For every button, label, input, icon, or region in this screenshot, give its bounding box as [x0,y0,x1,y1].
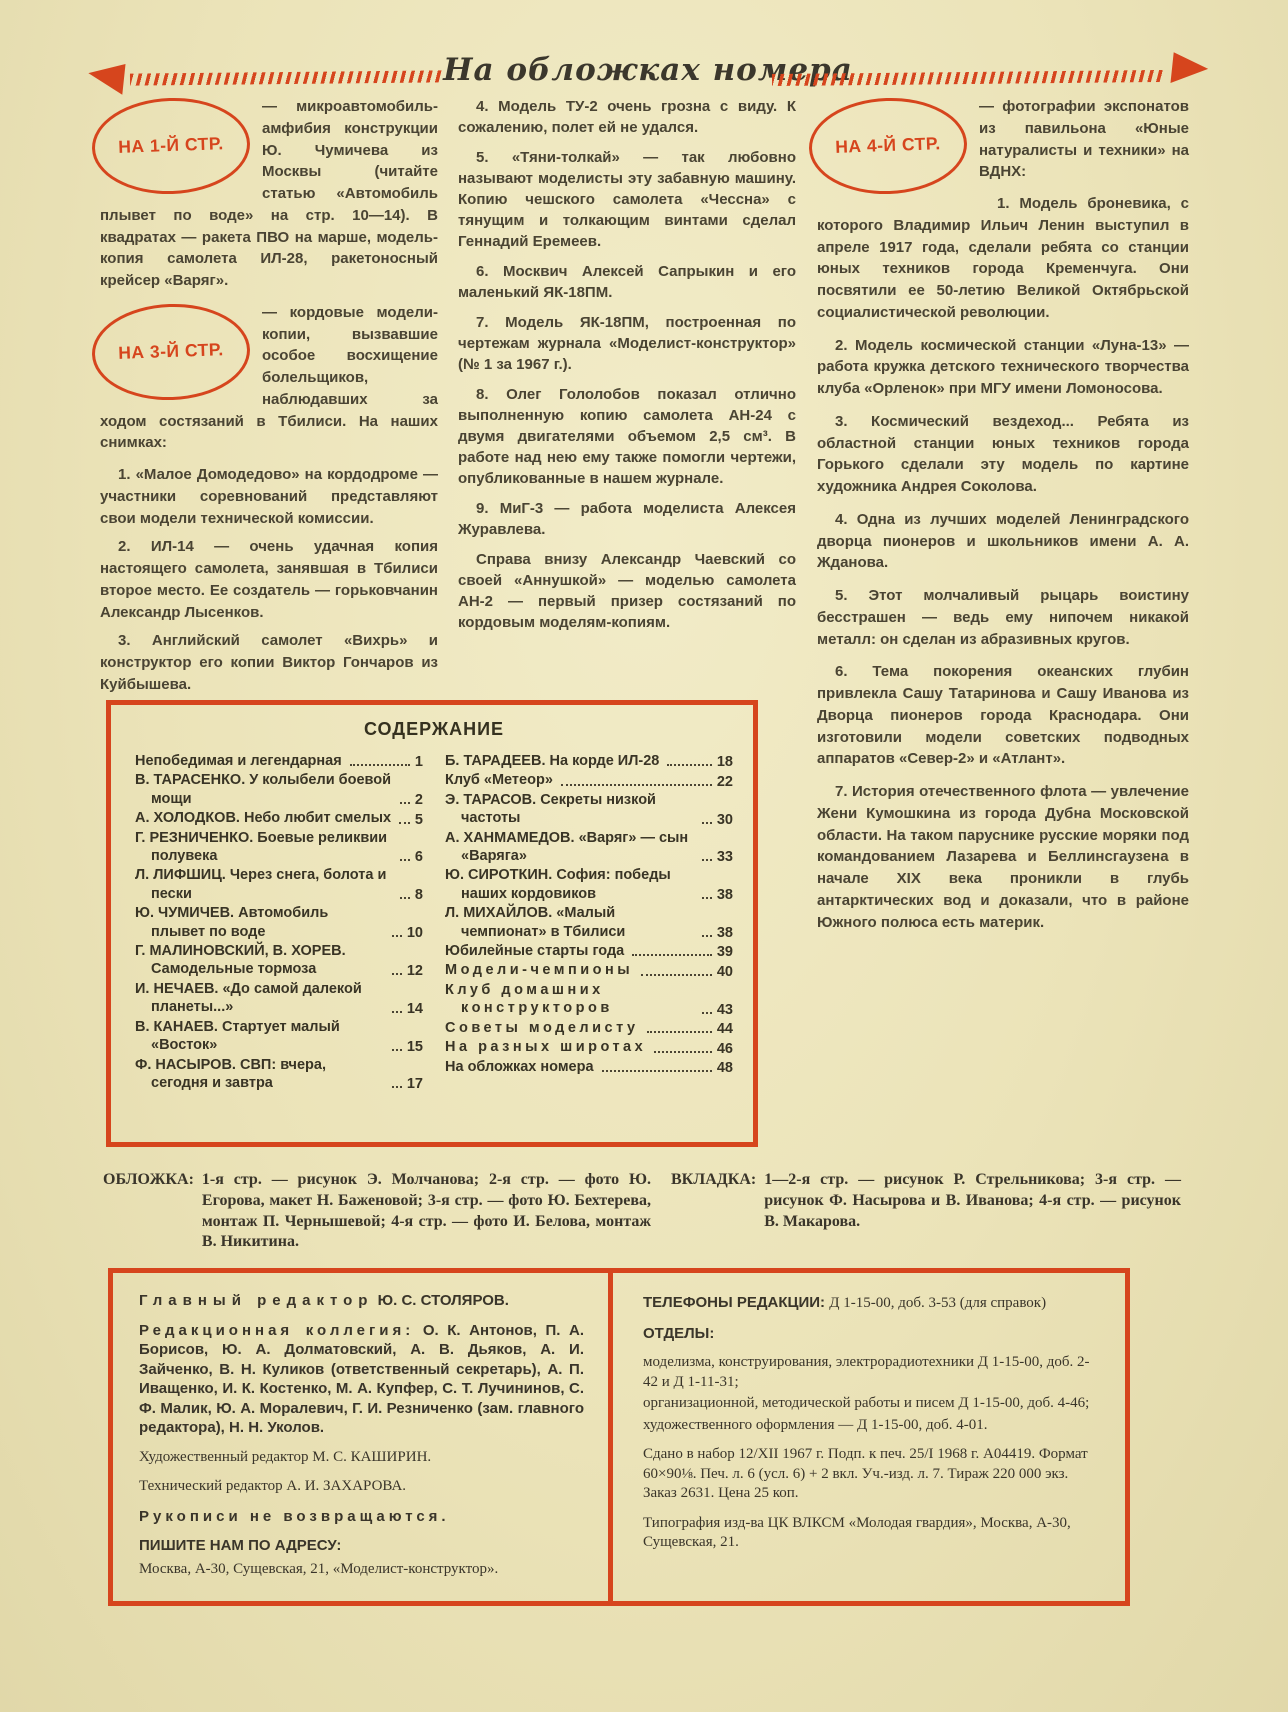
toc-entry-page: 48 [717,1060,733,1076]
dot-leader [702,1012,712,1014]
caption-item: 3. Космический вездеход... Ребята из обл… [817,411,1189,498]
toc-entry: Модели-чемпионы40 [445,961,733,979]
manuscripts-note: Рукописи не возвращаются. [139,1507,584,1527]
editorial-address: Москва, А-30, Сущевская, 21, «Моделист-к… [139,1560,584,1580]
toc-entry-page: 40 [717,964,733,980]
toc-entry-page: 43 [717,1002,733,1018]
masthead-right-cell: ТЕЛЕФОНЫ РЕДАКЦИИ: Д 1-15-00, доб. 3-53 … [613,1273,1125,1601]
toc-entry-page: 33 [717,849,733,865]
toc-entry: Юбилейные старты года39 [445,942,733,960]
department-line: организационной, методической работы и п… [643,1394,1099,1414]
caption-item: 4. Модель ТУ-2 очень грозна с виду. К со… [458,96,796,138]
dot-leader [400,859,410,861]
dot-leader [641,974,712,976]
toc-entry: Ю. ЧУМИЧЕВ. Автомобиль плывет по воде10 [135,904,423,941]
art-editor-line: Художественный редактор М. С. КАШИРИН. [139,1448,584,1468]
caption-item: 4. Одна из лучших моделей Ленинградского… [817,509,1189,574]
toc-entry: В. КАНАЕВ. Стартует малый «Восток»15 [135,1018,423,1055]
contents-columns: Непобедимая и легендарная1 В. ТАРАСЕНКО.… [135,752,733,1093]
column-1: НА 1-Й СТР. — микроавтомобиль-амфибия ко… [100,96,438,703]
insert-credits-label: ВКЛАДКА: [671,1170,756,1253]
column-2: 4. Модель ТУ-2 очень грозна с виду. К со… [458,96,796,642]
toc-entry: Л. МИХАЙЛОВ. «Малый чемпионат» в Тбилиси… [445,904,733,941]
toc-entry: На разных широтах46 [445,1038,733,1056]
toc-entry-title: Л. МИХАЙЛОВ. «Малый чемпионат» в Тбилиси [445,904,694,941]
page-ref-oval-4: НА 4-Й СТР. [809,98,967,194]
write-us-label: ПИШИТЕ НАМ ПО АДРЕСУ: [139,1536,584,1556]
toc-entry-title: Клуб «Метеор» [445,771,553,789]
toc-entry-page: 46 [717,1041,733,1057]
toc-entry-title: Э. ТАРАСОВ. Секреты низкой частоты [445,791,694,828]
contents-column-left: Непобедимая и легендарная1 В. ТАРАСЕНКО.… [135,752,423,1093]
toc-entry-page: 15 [407,1039,423,1055]
dot-leader [702,897,712,899]
toc-entry: А. ХОЛОДКОВ. Небо любит смелых5 [135,809,423,827]
toc-entry-title: А. ХАНМАМЕДОВ. «Варяг» — сын «Варяга» [445,829,694,866]
toc-entry: Г. МАЛИНОВСКИЙ, В. ХОРЕВ. Самодельные то… [135,942,423,979]
page-ref-label-4: НА 4-Й СТР. [807,95,968,196]
caption-item: Справа внизу Александр Чаевский со своей… [458,549,796,633]
toc-entry: В. ТАРАСЕНКО. У колыбели боевой мощи2 [135,771,423,808]
toc-entry-title: На разных широтах [445,1038,646,1056]
print-run-info: Сдано в набор 12/XII 1967 г. Подп. к печ… [643,1445,1099,1504]
contents-box: СОДЕРЖАНИЕ Непобедимая и легендарная1 В.… [106,700,758,1147]
caption-item: 6. Тема покорения океанских глубин привл… [817,661,1189,770]
toc-entry-page: 38 [717,887,733,903]
caption-item: 5. «Тяни-толкай» — так любовно называют … [458,147,796,252]
insert-credits: ВКЛАДКА: 1—2-я стр. — рисунок Р. Стрельн… [671,1170,1181,1253]
toc-entry: А. ХАНМАМЕДОВ. «Варяг» — сын «Варяга»33 [445,829,733,866]
toc-entry-title: А. ХОЛОДКОВ. Небо любит смелых [135,809,391,827]
column-3: НА 4-Й СТР. — фотографии экспонатов из п… [817,96,1189,944]
magazine-page: На обложках номера НА 1-Й СТР. — микроав… [0,0,1288,1712]
toc-entry-page: 44 [717,1021,733,1037]
tech-editor-line: Технический редактор А. И. ЗАХАРОВА. [139,1477,584,1497]
toc-entry-page: 10 [407,925,423,941]
toc-entry: Л. ЛИФШИЦ. Через снега, болота и пески8 [135,866,423,903]
page-ref-oval-1: НА 1-Й СТР. [92,98,250,194]
toc-entry-title: Непобедимая и легендарная [135,752,342,770]
toc-entry-page: 17 [407,1076,423,1092]
dot-leader [647,1031,712,1033]
toc-entry: Клуб «Метеор»22 [445,771,733,789]
department-line: художественного оформления — Д 1-15-00, … [643,1416,1099,1436]
toc-entry-title: Ф. НАСЫРОВ. СВП: вчера, сегодня и завтра [135,1056,384,1093]
caption-item: 8. Олег Гололобов показал отлично выполн… [458,384,796,489]
toc-entry-title: На обложках номера [445,1058,594,1076]
toc-entry-page: 1 [415,754,423,770]
toc-entry: И. НЕЧАЕВ. «До самой далекой планеты...»… [135,980,423,1017]
toc-entry-title: Клуб домашних конструкторов [445,981,694,1018]
dot-leader [392,1011,402,1013]
dot-leader [399,822,410,824]
toc-entry-page: 2 [415,792,423,808]
dot-leader [400,802,410,804]
cover-note-page4-text: — фотографии экспонатов из павильона «Юн… [979,98,1189,180]
toc-entry-title: Ю. СИРОТКИН. София: победы наших кордови… [445,866,694,903]
toc-entry: Ю. СИРОТКИН. София: победы наших кордови… [445,866,733,903]
toc-entry: Г. РЕЗНИЧЕНКО. Боевые реликвии полувека6 [135,829,423,866]
dot-leader [561,784,712,786]
page-ref-label-1: НА 1-Й СТР. [90,95,251,196]
right-arrow-icon [1170,52,1209,87]
cover-note-page1: НА 1-Й СТР. — микроавтомобиль-амфибия ко… [100,96,438,292]
toc-entry: Советы моделисту44 [445,1019,733,1037]
toc-entry-page: 12 [407,963,423,979]
toc-entry-title: Г. МАЛИНОВСКИЙ, В. ХОРЕВ. Самодельные то… [135,942,384,979]
dot-leader [350,764,410,766]
toc-entry-title: В. КАНАЕВ. Стартует малый «Восток» [135,1018,384,1055]
toc-entry-page: 18 [717,754,733,770]
dot-leader [667,764,712,766]
toc-entry-page: 6 [415,849,423,865]
toc-entry-title: Ю. ЧУМИЧЕВ. Автомобиль плывет по воде [135,904,384,941]
editorial-board-label: Редакционная коллегия: [139,1322,414,1339]
toc-entry: Э. ТАРАСОВ. Секреты низкой частоты30 [445,791,733,828]
departments-label: ОТДЕЛЫ: [643,1324,1099,1344]
toc-entry: Ф. НАСЫРОВ. СВП: вчера, сегодня и завтра… [135,1056,423,1093]
phones-line: ТЕЛЕФОНЫ РЕДАКЦИИ: Д 1-15-00, доб. 3-53 … [643,1293,1099,1314]
page-ref-oval-3: НА 3-Й СТР. [92,304,250,400]
toc-entry-title: В. ТАРАСЕНКО. У колыбели боевой мощи [135,771,392,808]
cover-credits: ОБЛОЖКА: 1-я стр. — рисунок Э. Молчанова… [103,1170,651,1253]
insert-credits-text: 1—2-я стр. — рисунок Р. Стрельникова; 3-… [764,1170,1181,1253]
contents-column-right: Б. ТАРАДЕЕВ. На корде ИЛ-2818 Клуб «Мете… [445,752,733,1093]
phones-value: Д 1-15-00, доб. 3-53 (для справок) [829,1295,1046,1311]
dot-leader [392,1049,402,1051]
cover-credits-text: 1-я стр. — рисунок Э. Молчанова; 2-я стр… [202,1170,651,1253]
page-ref-label-3: НА 3-Й СТР. [90,301,251,402]
toc-entry-title: Л. ЛИФШИЦ. Через снега, болота и пески [135,866,392,903]
caption-item: 5. Этот молчаливый рыцарь воистину бесст… [817,585,1189,650]
caption-item: 7. Модель ЯК-18ПМ, построенная по чертеж… [458,312,796,375]
cover-note-page4: НА 4-Й СТР. — фотографии экспонатов из п… [817,96,1189,183]
chief-editor-line: Главный редактор Ю. С. СТОЛЯРОВ. [139,1291,584,1311]
dot-leader [632,954,712,956]
toc-entry: Клуб домашних конструкторов43 [445,981,733,1018]
toc-entry-title: Юбилейные старты года [445,942,624,960]
dot-leader [702,859,712,861]
toc-entry: На обложках номера48 [445,1058,733,1076]
toc-entry-title: Советы моделисту [445,1019,639,1037]
toc-entry: Б. ТАРАДЕЕВ. На корде ИЛ-2818 [445,752,733,770]
toc-entry-title: И. НЕЧАЕВ. «До самой далекой планеты...» [135,980,384,1017]
phones-label: ТЕЛЕФОНЫ РЕДАКЦИИ: [643,1294,825,1311]
caption-item: 9. МиГ-3 — работа моделиста Алексея Жура… [458,498,796,540]
toc-entry-page: 39 [717,944,733,960]
toc-entry-title: Б. ТАРАДЕЕВ. На корде ИЛ-28 [445,752,659,770]
cover-credits-label: ОБЛОЖКА: [103,1170,194,1253]
cover-note-page3: НА 3-Й СТР. — кордовые модели-копии, выз… [100,302,438,454]
toc-entry-page: 22 [717,774,733,790]
toc-entry-page: 14 [407,1001,423,1017]
printer-info: Типография изд-ва ЦК ВЛКСМ «Молодая гвар… [643,1514,1099,1553]
masthead-left-cell: Главный редактор Ю. С. СТОЛЯРОВ. Редакци… [113,1273,613,1601]
caption-item: 1. Модель броневика, с которого Владимир… [817,193,1189,324]
toc-entry-page: 30 [717,812,733,828]
toc-entry-page: 8 [415,887,423,903]
caption-item: 2. ИЛ-14 — очень удачная копия настоящег… [100,536,438,623]
caption-item: 7. История отечественного флота — увлече… [817,781,1189,933]
caption-item: 1. «Малое Домодедово» на кордодроме — уч… [100,464,438,529]
toc-entry-title: Модели-чемпионы [445,961,633,979]
credits-section: ОБЛОЖКА: 1-я стр. — рисунок Э. Молчанова… [103,1170,1195,1253]
dot-leader [392,1086,402,1088]
toc-entry-title: Г. РЕЗНИЧЕНКО. Боевые реликвии полувека [135,829,392,866]
dot-leader [392,973,402,975]
dot-leader [602,1070,712,1072]
toc-entry-page: 5 [415,812,423,828]
caption-item: 6. Москвич Алексей Сапрыкин и его малень… [458,261,796,303]
dot-leader [392,935,402,937]
chief-editor-name: Ю. С. СТОЛЯРОВ. [378,1292,509,1309]
toc-entry: Непобедимая и легендарная1 [135,752,423,770]
dot-leader [702,935,712,937]
department-phone-list: моделизма, конструирования, электрорадио… [643,1353,1099,1435]
caption-item: 3. Английский самолет «Вихрь» и конструк… [100,630,438,695]
toc-entry-page: 38 [717,925,733,941]
editorial-board: Редакционная коллегия: О. К. Антонов, П.… [139,1321,584,1438]
dot-leader [400,897,410,899]
caption-item: 2. Модель космической станции «Луна-13» … [817,335,1189,400]
chief-editor-label: Главный редактор [139,1292,373,1309]
masthead-box: Главный редактор Ю. С. СТОЛЯРОВ. Редакци… [108,1268,1130,1606]
department-line: моделизма, конструирования, электрорадио… [643,1353,1099,1392]
contents-title: СОДЕРЖАНИЕ [135,719,733,740]
dot-leader [654,1051,712,1053]
dot-leader [702,822,712,824]
